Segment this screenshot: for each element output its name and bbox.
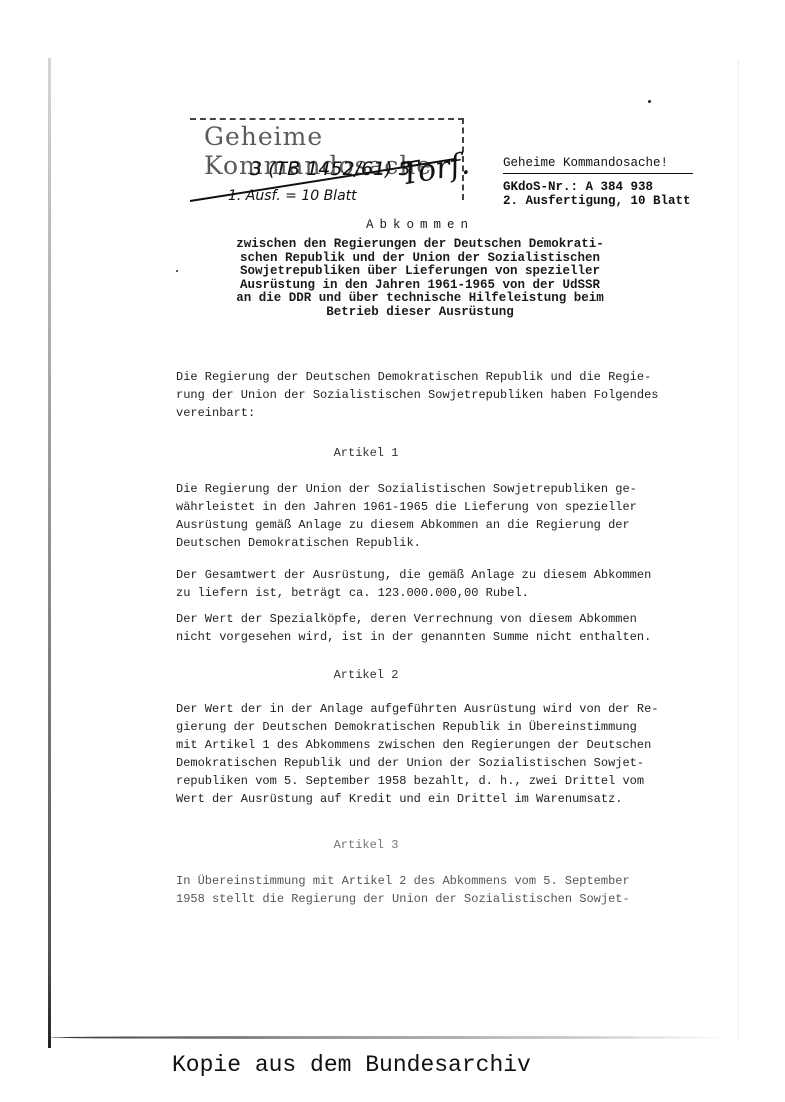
gkdos-number: GKdoS-Nr.: A 384 938	[503, 180, 693, 194]
text-line: währleistet in den Jahren 1961-1965 die …	[176, 498, 721, 516]
preamble: Die Regierung der Deutschen Demokratisch…	[176, 368, 721, 422]
speck	[648, 100, 651, 103]
article-1-heading: Artikel 1	[176, 446, 556, 460]
text-line: Die Regierung der Union der Sozialistisc…	[176, 480, 721, 498]
text-line: Demokratischen Republik und der Union de…	[176, 754, 721, 772]
text-line: Betrieb dieser Ausrüstung	[200, 306, 640, 320]
text-line: gierung der Deutschen Demokratischen Rep…	[176, 718, 721, 736]
text-line: zu liefern ist, beträgt ca. 123.000.000,…	[176, 584, 721, 602]
text-line: mit Artikel 1 des Abkommens zwischen den…	[176, 736, 721, 754]
text-line: Wert der Ausrüstung auf Kredit und ein D…	[176, 790, 721, 808]
text-line: 1958 stellt die Regierung der Union der …	[176, 890, 721, 908]
copy-info: 2. Ausfertigung, 10 Blatt	[503, 194, 693, 208]
text-line: Der Wert der in der Anlage aufgeführten …	[176, 700, 721, 718]
article-1-paragraph: Die Regierung der Union der Sozialistisc…	[176, 480, 721, 552]
article-1-paragraph: Der Wert der Spezialköpfe, deren Verrech…	[176, 610, 721, 646]
text-line: republiken vom 5. September 1958 bezahlt…	[176, 772, 721, 790]
text-line: In Übereinstimmung mit Artikel 2 des Abk…	[176, 872, 721, 890]
document-heading: Abkommen	[200, 218, 640, 232]
text-line: schen Republik und der Union der Soziali…	[200, 252, 640, 266]
page-edge-right	[738, 60, 739, 1040]
classification-title: Geheime Kommandosache!	[503, 156, 693, 174]
text-line: zwischen den Regierungen der Deutschen D…	[200, 238, 640, 252]
article-2-paragraph: Der Wert der in der Anlage aufgeführten …	[176, 700, 721, 808]
text-line: rung der Union der Sozialistischen Sowje…	[176, 386, 721, 404]
text-line: vereinbart:	[176, 404, 721, 422]
article-3-paragraph: In Übereinstimmung mit Artikel 2 des Abk…	[176, 872, 721, 908]
text-line: Der Wert der Spezialköpfe, deren Verrech…	[176, 610, 721, 628]
text-line: an die DDR und über technische Hilfeleis…	[200, 292, 640, 306]
text-line: Ausrüstung in den Jahren 1961-1965 von d…	[200, 279, 640, 293]
text-line: Die Regierung der Deutschen Demokratisch…	[176, 368, 721, 386]
document-subtitle: zwischen den Regierungen der Deutschen D…	[200, 238, 640, 319]
text-line: nicht vorgesehen wird, ist in der genann…	[176, 628, 721, 646]
text-line: Ausrüstung gemäß Anlage zu diesem Abkomm…	[176, 516, 721, 534]
classification-block: Geheime Kommandosache! GKdoS-Nr.: A 384 …	[503, 156, 693, 208]
article-3-heading: Artikel 3	[176, 838, 556, 852]
page-edge-left	[48, 58, 51, 1048]
page-edge-bottom	[48, 1036, 738, 1039]
text-line: Der Gesamtwert der Ausrüstung, die gemäß…	[176, 566, 721, 584]
text-line: Deutschen Demokratischen Republik.	[176, 534, 721, 552]
archive-footer: Kopie aus dem Bundesarchiv	[172, 1052, 531, 1078]
text-line: Sowjetrepubliken über Lieferungen von sp…	[200, 265, 640, 279]
speck	[176, 270, 178, 272]
article-1-paragraph: Der Gesamtwert der Ausrüstung, die gemäß…	[176, 566, 721, 602]
article-2-heading: Artikel 2	[176, 668, 556, 682]
